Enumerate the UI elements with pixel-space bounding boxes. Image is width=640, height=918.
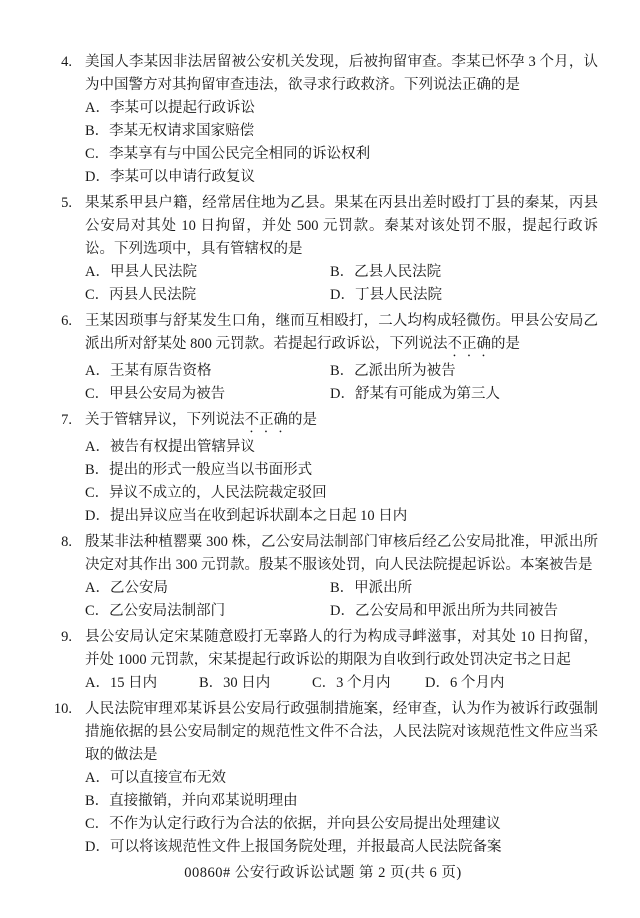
question-stem: 关于管辖异议，下列说法不正确的是	[85, 409, 598, 436]
question-stem: 人民法院审理邓某诉县公安局行政强制措施案，经审查，认为作为被诉行政强制措施依据的…	[85, 698, 598, 767]
options-group: A．王某有原告资格B．乙派出所为被告C．甲县公安局为被告D．舒某有可能成为第三人	[85, 360, 598, 406]
stem-segment: 果某系甲县户籍，经常居住地为乙县。果某在丙县出差时殴打丁县的秦某，丙县公安局对其…	[85, 195, 598, 257]
question-item: 6.王某因琐事与舒某发生口角，继而互相殴打，二人均构成轻微伤。甲县公安局乙派出所…	[48, 310, 598, 406]
stem-segment: 县公安局认定宋某随意殴打无辜路人的行为构成寻衅滋事，对其处 10 日拘留，并处 …	[85, 629, 598, 668]
question-stem: 王某因琐事与舒某发生口角，继而互相殴打，二人均构成轻微伤。甲县公安局乙派出所对舒…	[85, 310, 598, 360]
question-body: 人民法院审理邓某诉县公安局行政强制措施案，经审查，认为作为被诉行政强制措施依据的…	[72, 698, 598, 859]
question-item: 10.人民法院审理邓某诉县公安局行政强制措施案，经审查，认为作为被诉行政强制措施…	[48, 698, 598, 859]
option-item: B．甲派出所	[330, 577, 598, 600]
stem-segment: 的是	[491, 336, 520, 352]
option-item: A．被告有权提出管辖异议	[85, 436, 598, 459]
stem-segment: 人民法院审理邓某诉县公安局行政强制措施案，经审查，认为作为被诉行政强制措施依据的…	[85, 701, 598, 763]
option-item: A．可以直接宣布无效	[85, 767, 598, 790]
stem-segment: 的是	[288, 412, 317, 428]
option-item: D．李某可以申请行政复议	[85, 166, 598, 189]
question-stem: 殷某非法种植罂粟 300 株，乙公安局法制部门审核后经乙公安局批准，甲派出所决定…	[85, 531, 598, 577]
option-item: C．乙公安局法制部门	[85, 600, 330, 623]
option-item: B．乙派出所为被告	[330, 360, 598, 383]
option-item: C．不作为认定行政行为合法的依据，并向县公安局提出处理建议	[85, 813, 598, 836]
stem-segment: 殷某非法种植罂粟 300 株，乙公安局法制部门审核后经乙公安局批准，甲派出所决定…	[85, 534, 598, 573]
option-item: D．提出异议应当在收到起诉状副本之日起 10 日内	[85, 505, 598, 528]
option-item: B．提出的形式一般应当以书面形式	[85, 459, 598, 482]
option-item: B．直接撤销，并向邓某说明理由	[85, 790, 598, 813]
options-group: A．15 日内B．30 日内C．3 个月内D．6 个月内	[85, 672, 598, 695]
question-body: 果某系甲县户籍，经常居住地为乙县。果某在丙县出差时殴打丁县的秦某，丙县公安局对其…	[72, 192, 598, 307]
question-stem: 美国人李某因非法居留被公安机关发现，后被拘留审查。李某已怀孕 3 个月，认为中国…	[85, 51, 598, 97]
stem-segment: 不正确	[245, 412, 289, 428]
question-item: 9.县公安局认定宋某随意殴打无辜路人的行为构成寻衅滋事，对其处 10 日拘留，并…	[48, 626, 598, 695]
question-body: 殷某非法种植罂粟 300 株，乙公安局法制部门审核后经乙公安局批准，甲派出所决定…	[72, 531, 598, 623]
page-footer: 00860# 公安行政诉讼试题 第 2 页(共 6 页)	[48, 862, 598, 885]
question-item: 4.美国人李某因非法居留被公安机关发现，后被拘留审查。李某已怀孕 3 个月，认为…	[48, 51, 598, 189]
question-list: 4.美国人李某因非法居留被公安机关发现，后被拘留审查。李某已怀孕 3 个月，认为…	[48, 51, 598, 859]
question-number: 9.	[48, 626, 72, 695]
question-stem: 县公安局认定宋某随意殴打无辜路人的行为构成寻衅滋事，对其处 10 日拘留，并处 …	[85, 626, 598, 672]
option-item: C．异议不成立的，人民法院裁定驳回	[85, 482, 598, 505]
option-item: C．3 个月内	[312, 672, 425, 695]
question-number: 7.	[48, 409, 72, 528]
options-group: A．可以直接宣布无效B．直接撤销，并向邓某说明理由C．不作为认定行政行为合法的依…	[85, 767, 598, 859]
question-item: 7.关于管辖异议，下列说法不正确的是A．被告有权提出管辖异议B．提出的形式一般应…	[48, 409, 598, 528]
question-number: 4.	[48, 51, 72, 189]
options-group: A．被告有权提出管辖异议B．提出的形式一般应当以书面形式C．异议不成立的，人民法…	[85, 436, 598, 528]
question-body: 县公安局认定宋某随意殴打无辜路人的行为构成寻衅滋事，对其处 10 日拘留，并处 …	[72, 626, 598, 695]
stem-segment: 美国人李某因非法居留被公安机关发现，后被拘留审查。李某已怀孕 3 个月，认为中国…	[85, 54, 598, 93]
stem-segment: 王某因琐事与舒某发生口角，继而互相殴打，二人均构成轻微伤。甲县公安局乙派出所对舒…	[85, 313, 598, 352]
option-item: C．李某享有与中国公民完全相同的诉讼权利	[85, 143, 598, 166]
question-number: 10.	[48, 698, 72, 859]
question-item: 8.殷某非法种植罂粟 300 株，乙公安局法制部门审核后经乙公安局批准，甲派出所…	[48, 531, 598, 623]
question-number: 6.	[48, 310, 72, 406]
option-item: D．舒某有可能成为第三人	[330, 383, 598, 406]
question-item: 5.果某系甲县户籍，经常居住地为乙县。果某在丙县出差时殴打丁县的秦某，丙县公安局…	[48, 192, 598, 307]
option-item: B．30 日内	[199, 672, 312, 695]
question-body: 关于管辖异议，下列说法不正确的是A．被告有权提出管辖异议B．提出的形式一般应当以…	[72, 409, 598, 528]
option-item: D．可以将该规范性文件上报国务院处理，并报最高人民法院备案	[85, 836, 598, 859]
option-item: D．6 个月内	[425, 672, 598, 695]
option-item: A．乙公安局	[85, 577, 330, 600]
options-group: A．甲县人民法院B．乙县人民法院C．丙县人民法院D．丁县人民法院	[85, 261, 598, 307]
option-item: C．丙县人民法院	[85, 284, 330, 307]
option-item: B．李某无权请求国家赔偿	[85, 120, 598, 143]
option-item: A．15 日内	[85, 672, 199, 695]
option-item: D．丁县人民法院	[330, 284, 598, 307]
question-body: 美国人李某因非法居留被公安机关发现，后被拘留审查。李某已怀孕 3 个月，认为中国…	[72, 51, 598, 189]
question-body: 王某因琐事与舒某发生口角，继而互相殴打，二人均构成轻微伤。甲县公安局乙派出所对舒…	[72, 310, 598, 406]
options-group: A．李某可以提起行政诉讼B．李某无权请求国家赔偿C．李某享有与中国公民完全相同的…	[85, 97, 598, 189]
option-item: A．李某可以提起行政诉讼	[85, 97, 598, 120]
options-group: A．乙公安局B．甲派出所C．乙公安局法制部门D．乙公安局和甲派出所为共同被告	[85, 577, 598, 623]
option-item: D．乙公安局和甲派出所为共同被告	[330, 600, 598, 623]
option-item: C．甲县公安局为被告	[85, 383, 330, 406]
question-number: 5.	[48, 192, 72, 307]
option-item: A．王某有原告资格	[85, 360, 330, 383]
question-number: 8.	[48, 531, 72, 623]
exam-page: 4.美国人李某因非法居留被公安机关发现，后被拘留审查。李某已怀孕 3 个月，认为…	[0, 0, 640, 918]
option-item: A．甲县人民法院	[85, 261, 330, 284]
stem-segment: 关于管辖异议，下列说法	[85, 412, 245, 428]
question-stem: 果某系甲县户籍，经常居住地为乙县。果某在丙县出差时殴打丁县的秦某，丙县公安局对其…	[85, 192, 598, 261]
stem-segment: 不正确	[448, 336, 492, 352]
option-item: B．乙县人民法院	[330, 261, 598, 284]
